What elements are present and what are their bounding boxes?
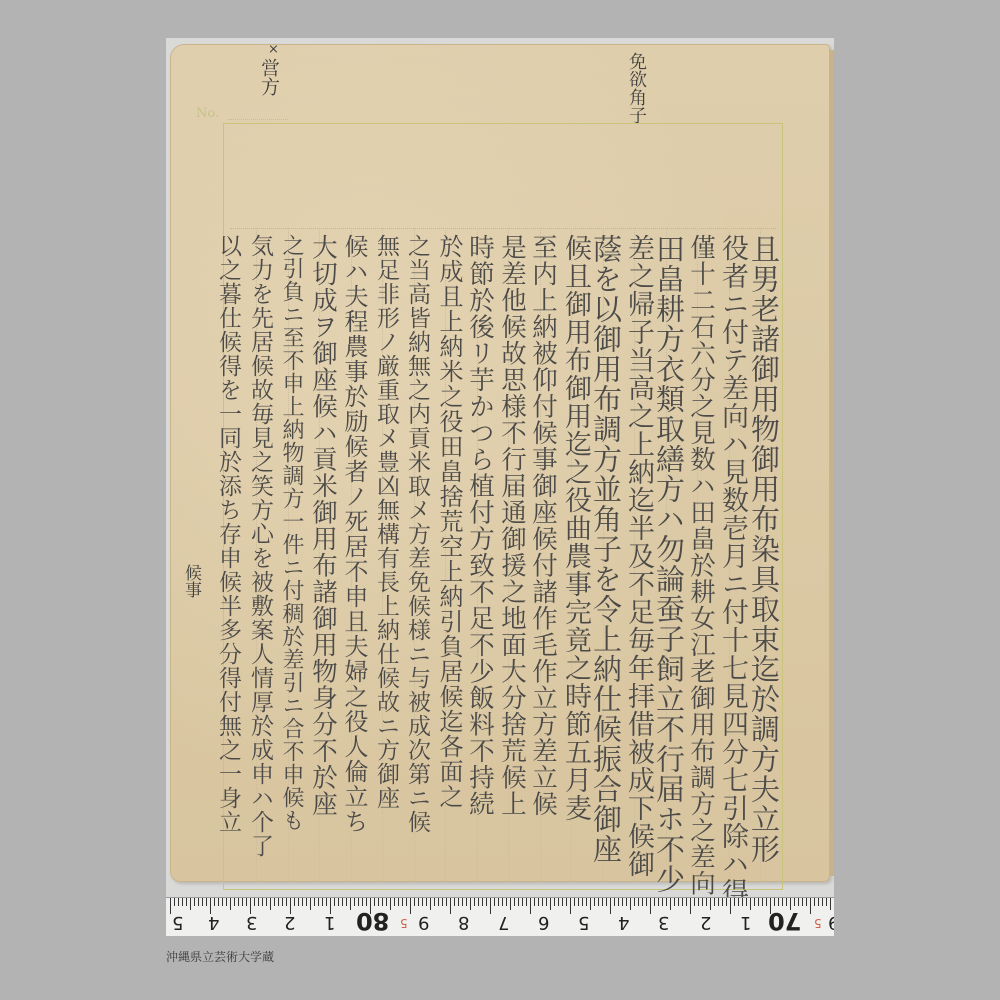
ruler-tick xyxy=(766,898,767,906)
ruler-tick xyxy=(414,898,415,906)
ruler-tick xyxy=(782,898,783,906)
ruler-number: 4 xyxy=(208,912,219,933)
ruler-tick xyxy=(682,898,683,906)
ruler-number: 8 xyxy=(458,912,469,933)
top-center-note: 免欲角子 xyxy=(625,52,647,124)
ruler-tick xyxy=(630,898,631,910)
ruler-tick xyxy=(390,898,391,910)
ruler-tick xyxy=(518,898,519,906)
ruler-number: 1 xyxy=(740,912,751,933)
page-edge xyxy=(830,50,834,876)
ruler-tick xyxy=(750,898,751,910)
ruler-tick xyxy=(514,898,515,906)
ruler-number: 5 xyxy=(578,912,589,933)
ruler-tick xyxy=(354,898,355,906)
ruler-tick xyxy=(710,898,711,910)
ruler-tick xyxy=(398,898,399,906)
text-column-18: 以之暮仕候得を一同於添ち存申候半多分得付無之一身立 xyxy=(212,234,244,834)
measuring-ruler: 5 4 3 2 1 80 5 9 8 7 6 5 4 3 2 1 70 5 9 xyxy=(166,897,834,936)
ruler-tick xyxy=(474,898,475,906)
ruler-number-red: 5 xyxy=(400,916,408,930)
ruler-tick xyxy=(246,898,247,906)
ruler-tick xyxy=(566,898,567,906)
ruler-tick xyxy=(614,898,615,906)
ruler-tick xyxy=(434,898,435,906)
ruler-tick xyxy=(574,898,575,906)
ruler-number-major: 70 xyxy=(768,907,801,935)
ruler-tick xyxy=(346,898,347,906)
ruler-tick xyxy=(342,898,343,906)
ruler-tick xyxy=(626,898,627,906)
ruler-tick xyxy=(506,898,507,906)
ruler-tick xyxy=(550,898,551,910)
text-column-12: 之当高皆納無之内貢米取メ方差免候様ニ与被成次第ニ候 xyxy=(401,234,433,834)
ruler-tick xyxy=(690,898,691,914)
text-column-1: 且男老諸御用物御用布染具取束迄於調方夫立形 xyxy=(748,234,780,864)
ruler-tick xyxy=(578,898,579,906)
ruler-tick xyxy=(374,898,375,906)
ruler-number: 3 xyxy=(658,912,669,933)
bottom-margin-note: 候事 xyxy=(180,564,202,598)
ruler-tick xyxy=(358,898,359,906)
ruler-tick xyxy=(174,898,175,906)
ruler-tick xyxy=(194,898,195,906)
ruler-tick xyxy=(426,898,427,906)
number-field-line xyxy=(228,119,288,120)
ruler-tick xyxy=(278,898,279,906)
ruler-tick xyxy=(814,898,815,906)
ruler-tick xyxy=(230,898,231,910)
ruler-tick xyxy=(658,898,659,906)
ruler-tick xyxy=(554,898,555,906)
ruler-tick xyxy=(642,898,643,906)
text-column-14: 候ハ夫程農事於励候者ノ死居不申且夫婦之役人倫立ち xyxy=(338,234,370,834)
manuscript-page: × 営方 免欲角子 No. 且男老諸御用物御用布染具取束迄於調方夫立形 役者ニ付… xyxy=(170,44,830,882)
text-column-15: 大切成ヲ御座候ハ貢米御用布諸御用物身分不於座 xyxy=(307,234,339,817)
ruler-tick xyxy=(458,898,459,906)
top-left-note: 営方 xyxy=(258,58,280,96)
ruler-tick xyxy=(498,898,499,906)
ruler-tick xyxy=(430,898,431,910)
ruler-tick xyxy=(778,898,779,906)
ruler-tick xyxy=(222,898,223,906)
ruler-tick xyxy=(622,898,623,906)
ruler-tick xyxy=(302,898,303,906)
ruler-tick xyxy=(806,898,807,906)
ruler-tick xyxy=(786,898,787,906)
ruler-number: 6 xyxy=(538,912,549,933)
ruler-tick xyxy=(266,898,267,906)
ruler-tick xyxy=(238,898,239,906)
ruler-tick xyxy=(714,898,715,906)
ruler-number-red: 5 xyxy=(814,916,822,930)
ruler-tick xyxy=(758,898,759,906)
ruler-tick xyxy=(258,898,259,906)
ruler-tick xyxy=(478,898,479,906)
ruler-tick xyxy=(610,898,611,914)
ruler-tick xyxy=(730,898,731,914)
ruler-tick xyxy=(442,898,443,906)
ruler-tick xyxy=(734,898,735,906)
ruler-tick xyxy=(218,898,219,906)
ruler-tick xyxy=(466,898,467,906)
ruler-tick xyxy=(646,898,647,906)
ruler-tick xyxy=(454,898,455,906)
ruler-tick xyxy=(810,898,811,914)
writing-frame: 且男老諸御用物御用布染具取束迄於調方夫立形 役者ニ付テ差向ハ見数壱月ニ付十七見四… xyxy=(223,123,783,890)
ruler-tick xyxy=(242,898,243,906)
ruler-tick xyxy=(382,898,383,906)
ruler-tick xyxy=(314,898,315,906)
ruler-number-major: 80 xyxy=(356,907,389,935)
ruler-tick xyxy=(326,898,327,906)
ruler-tick xyxy=(542,898,543,906)
ruler-tick xyxy=(410,898,411,914)
ruler-tick xyxy=(206,898,207,906)
ruler-tick xyxy=(494,898,495,906)
ruler-tick xyxy=(270,898,271,910)
ruler-tick xyxy=(502,898,503,906)
text-column-8: 至内上納被仰付候事御座候付諸作毛作立方差立候 xyxy=(527,234,559,817)
ruler-tick xyxy=(446,898,447,906)
ruler-tick xyxy=(234,898,235,906)
ruler-tick xyxy=(486,898,487,906)
ruler-tick xyxy=(602,898,603,906)
text-column-13: 無足非形ノ厳重取メ豊凶無構有長上納仕候故ニ方御座 xyxy=(370,234,402,810)
ruler-tick xyxy=(406,898,407,906)
ruler-tick xyxy=(334,898,335,906)
ruler-tick xyxy=(582,898,583,906)
text-column-7: 候且御用布御用迄之役曲農事完竟之時節五月麦 xyxy=(559,234,591,822)
ruler-tick xyxy=(170,898,171,914)
ruler-tick xyxy=(546,898,547,906)
ruler-tick xyxy=(722,898,723,906)
ruler-tick xyxy=(510,898,511,910)
ruler-tick xyxy=(402,898,403,906)
ruler-number: 4 xyxy=(618,912,629,933)
ruler-tick xyxy=(322,898,323,906)
ruler-tick xyxy=(282,898,283,906)
text-column-9: 是差他候故思様不行届通御援之地面大分捨荒候上 xyxy=(496,234,528,817)
ruler-tick xyxy=(802,898,803,906)
margin-x-mark: × xyxy=(262,42,284,57)
ruler-tick xyxy=(666,898,667,906)
ruler-tick xyxy=(606,898,607,906)
ruler-tick xyxy=(338,898,339,906)
ruler-tick xyxy=(530,898,531,914)
ruler-tick xyxy=(274,898,275,906)
ruler-tick xyxy=(818,898,819,906)
ruler-tick xyxy=(678,898,679,906)
ruler-tick xyxy=(190,898,191,910)
text-column-16: 之引負ニ至不申上納物調方一件ニ付稠於差引ニ合不申候も xyxy=(275,234,307,832)
ruler-tick xyxy=(482,898,483,906)
ruler-number: 9 xyxy=(828,912,834,933)
ruler-number: 3 xyxy=(246,912,257,933)
ruler-tick xyxy=(522,898,523,906)
ruler-tick xyxy=(706,898,707,906)
ruler-tick xyxy=(826,898,827,906)
text-column-11: 於成且上納米之役田畠捨荒空上納引負居候迄各面之 xyxy=(433,234,465,809)
text-column-6: 蔭を以御用布調方並角子を令上納仕候振合御座 xyxy=(590,234,622,864)
ruler-tick xyxy=(202,898,203,906)
ruler-tick xyxy=(438,898,439,906)
text-column-17: 気力を先居候故毎見之笑方心を被敷案人情厚於成申ハ个了 xyxy=(244,234,276,858)
ruler-tick xyxy=(318,898,319,906)
ruler-number: 2 xyxy=(700,912,711,933)
ruler-tick xyxy=(214,898,215,906)
ruler-tick xyxy=(254,898,255,906)
ruler-tick xyxy=(794,898,795,906)
ruler-tick xyxy=(822,898,823,906)
ruler-tick xyxy=(634,898,635,906)
grid-top-line xyxy=(230,228,776,229)
ruler-tick xyxy=(538,898,539,906)
ruler-tick xyxy=(726,898,727,906)
ruler-tick xyxy=(618,898,619,906)
ruler-tick xyxy=(394,898,395,906)
ruler-tick xyxy=(386,898,387,906)
ruler-tick xyxy=(670,898,671,910)
ruler-tick xyxy=(746,898,747,906)
ruler-tick xyxy=(598,898,599,906)
ruler-tick xyxy=(366,898,367,906)
ruler-tick xyxy=(470,898,471,910)
ruler-tick xyxy=(450,898,451,914)
ruler-number: 5 xyxy=(172,912,183,933)
ruler-tick xyxy=(362,898,363,906)
ruler-number: 1 xyxy=(324,912,335,933)
text-column-3: 僅十二石六分之見数ハ田畠於耕女江老御用布調方之差向 xyxy=(685,234,717,897)
text-column-5: 差之帰子当高之上納迄半及不足毎年拝借被成下候御 xyxy=(622,234,654,878)
ruler-tick xyxy=(830,898,831,910)
ruler-tick xyxy=(738,898,739,906)
ruler-tick xyxy=(262,898,263,906)
ruler-tick xyxy=(702,898,703,906)
ruler-tick xyxy=(294,898,295,906)
ruler-tick xyxy=(350,898,351,910)
ruler-tick xyxy=(462,898,463,906)
ruler-tick xyxy=(654,898,655,906)
ruler-tick xyxy=(310,898,311,910)
ruler-tick xyxy=(298,898,299,906)
ruler-tick xyxy=(798,898,799,906)
ruler-tick xyxy=(534,898,535,906)
ruler-tick xyxy=(674,898,675,906)
ruler-tick xyxy=(570,898,571,914)
collection-credit: 沖縄県立芸術大学蔵 xyxy=(166,948,274,965)
text-column-4: 田畠耕方衣類取繕方ハ勿論蚕子飼立不行届ホ不少 xyxy=(653,234,685,894)
ruler-tick xyxy=(698,898,699,906)
ruler-tick xyxy=(718,898,719,906)
ruler-tick xyxy=(754,898,755,906)
ruler-tick xyxy=(418,898,419,906)
ruler-tick xyxy=(526,898,527,906)
ruler-tick xyxy=(286,898,287,906)
number-label: No. xyxy=(196,106,219,121)
ruler-tick xyxy=(638,898,639,906)
ruler-tick xyxy=(774,898,775,906)
ruler-number: 7 xyxy=(498,912,509,933)
ruler-tick xyxy=(182,898,183,906)
ruler-tick xyxy=(686,898,687,906)
ruler-tick xyxy=(422,898,423,906)
ruler-tick xyxy=(742,898,743,906)
ruler-tick xyxy=(594,898,595,906)
ruler-tick xyxy=(586,898,587,906)
ruler-tick xyxy=(198,898,199,906)
ruler-number: 9 xyxy=(418,912,429,933)
text-column-10: 時節於後リ芋かつら植付方致不足不少飯料不持続 xyxy=(464,234,496,817)
ruler-tick xyxy=(558,898,559,906)
ruler-tick xyxy=(590,898,591,910)
ruler-tick xyxy=(378,898,379,906)
ruler-tick xyxy=(306,898,307,906)
ruler-tick xyxy=(186,898,187,906)
ruler-tick xyxy=(562,898,563,906)
ruler-tick xyxy=(178,898,179,906)
ruler-tick xyxy=(694,898,695,906)
ruler-tick xyxy=(662,898,663,906)
text-column-2: 役者ニ付テ差向ハ見数壱月ニ付十七見四分七引除ハ得を xyxy=(716,234,748,934)
ruler-tick xyxy=(490,898,491,914)
ruler-tick xyxy=(226,898,227,906)
ruler-tick xyxy=(650,898,651,914)
ruler-tick xyxy=(762,898,763,906)
ruler-number: 2 xyxy=(284,912,295,933)
